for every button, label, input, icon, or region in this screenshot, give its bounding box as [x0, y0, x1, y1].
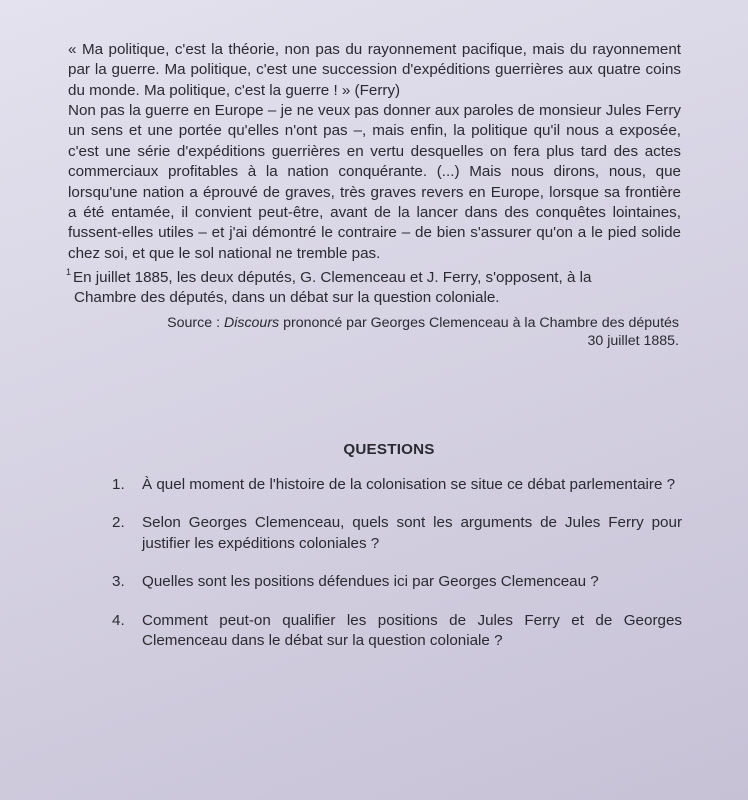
question-item: 1. À quel moment de l'histoire de la col…: [112, 475, 682, 495]
footnote: 1En juillet 1885, les deux députés, G. C…: [66, 262, 666, 309]
source-date: 30 juillet 1885.: [588, 333, 680, 349]
question-text: Quelles sont les positions défendues ici…: [142, 572, 682, 592]
source-description: prononcé par Georges Clemenceau à la Cha…: [279, 315, 679, 331]
question-text: À quel moment de l'histoire de la coloni…: [142, 475, 682, 495]
question-item: 4. Comment peut-on qualifier les positio…: [112, 611, 682, 652]
questions-list: 1. À quel moment de l'histoire de la col…: [112, 475, 682, 667]
question-number: 2.: [112, 513, 142, 554]
quote-text: « Ma politique, c'est la théorie, non pa…: [68, 40, 681, 101]
source-label: Source :: [167, 315, 224, 331]
footnote-line-2: Chambre des députés, dans un débat sur l…: [66, 288, 500, 308]
source-work-title: Discours: [224, 315, 279, 331]
question-item: 3. Quelles sont les positions défendues …: [112, 572, 682, 592]
document-page: « Ma politique, c'est la théorie, non pa…: [0, 0, 748, 800]
question-number: 4.: [112, 611, 142, 652]
footnote-marker: 1: [66, 267, 71, 277]
question-number: 1.: [112, 475, 142, 495]
footnote-line-1: En juillet 1885, les deux députés, G. Cl…: [73, 269, 591, 286]
questions-heading: QUESTIONS: [0, 441, 748, 458]
question-item: 2. Selon Georges Clemenceau, quels sont …: [112, 513, 682, 554]
question-number: 3.: [112, 572, 142, 592]
source-citation: Source : Discours prononcé par Georges C…: [130, 314, 679, 350]
question-text: Comment peut-on qualifier les positions …: [142, 611, 682, 652]
ferry-quote: « Ma politique, c'est la théorie, non pa…: [68, 40, 681, 101]
question-text: Selon Georges Clemenceau, quels sont les…: [142, 513, 682, 554]
clemenceau-speech-text: Non pas la guerre en Europe – je ne veux…: [68, 101, 681, 264]
